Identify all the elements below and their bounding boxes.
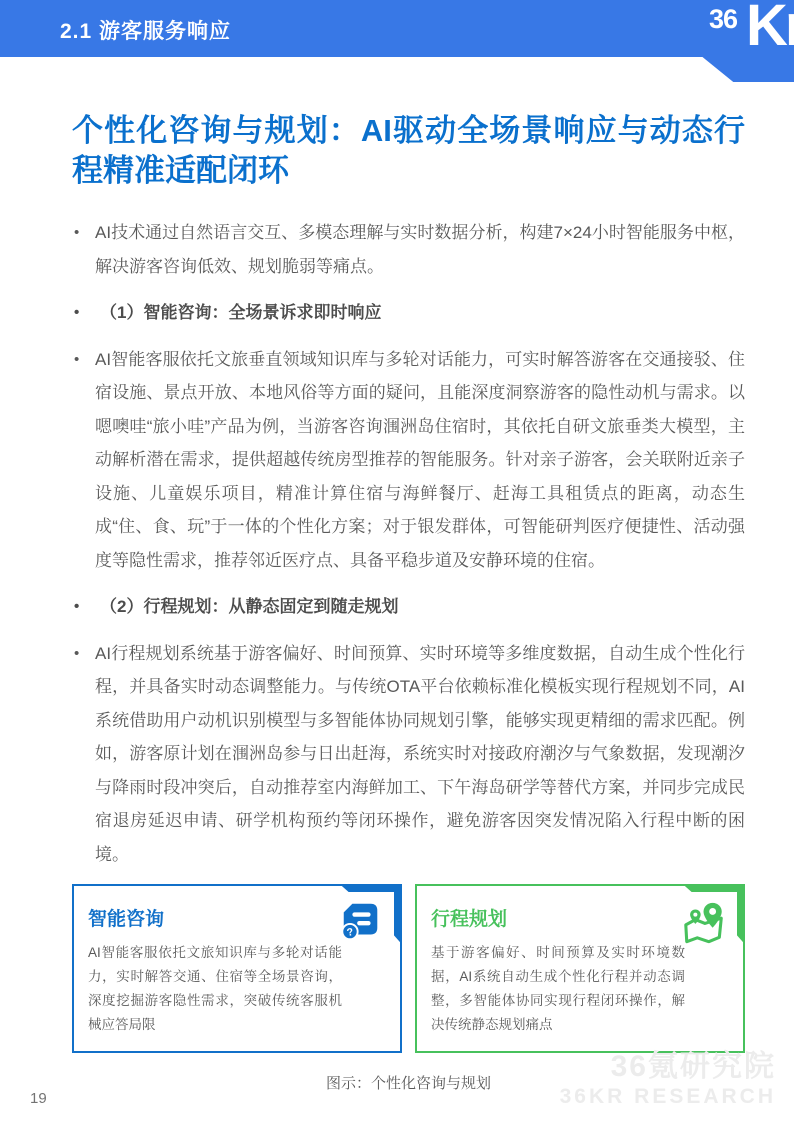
page-content: 个性化咨询与规划：AI驱动全场景响应与动态行程精准适配闭环 AI技术通过自然语言… <box>0 57 794 1093</box>
watermark: 36氪研究院 36KR RESEARCH <box>560 1050 776 1109</box>
card-corner-accent <box>683 884 745 892</box>
card-corner-accent <box>340 884 402 892</box>
watermark-cn: 36氪研究院 <box>560 1050 776 1085</box>
card-title: 行程规划 <box>431 904 721 931</box>
page-number: 19 <box>30 1090 47 1107</box>
card-title: 智能咨询 <box>88 904 378 931</box>
card-smart-consult: ? 智能咨询 AI智能客服依托文旅知识库与多轮对话能力，实时解答交通、住宿等全场… <box>72 884 402 1053</box>
card-itinerary-plan: 行程规划 基于游客偏好、时间预算及实时环境数据，AI系统自动生成个性化行程并动态… <box>415 884 745 1053</box>
summary-cards: ? 智能咨询 AI智能客服依托文旅知识库与多轮对话能力，实时解答交通、住宿等全场… <box>72 884 745 1053</box>
report-page: 2.1 游客服务响应 36 Kr 个性化咨询与规划：AI驱动全场景响应与动态行程… <box>0 0 794 1123</box>
bullet-smart-consult: AI智能客服依托文旅垂直领域知识库与多轮对话能力，可实时解答游客在交通接驳、住宿… <box>72 343 745 578</box>
bullet-subhead-2: （2）行程规划：从静态固定到随走规划 <box>72 590 745 624</box>
logo-36-text: 36 <box>709 4 737 35</box>
watermark-en: 36KR RESEARCH <box>560 1085 776 1109</box>
card-corner-accent <box>394 884 402 944</box>
section-heading: 2.1 游客服务响应 <box>60 15 231 45</box>
bullet-itinerary-planning: AI行程规划系统基于游客偏好、时间预算、实时环境等多维度数据，自动生成个性化行程… <box>72 637 745 872</box>
chat-document-question-icon: ? <box>338 899 384 945</box>
header-bar: 2.1 游客服务响应 <box>0 0 794 57</box>
map-location-pin-icon <box>681 899 727 945</box>
card-corner-accent <box>737 884 745 944</box>
bullet-intro: AI技术通过自然语言交互、多模态理解与实时数据分析，构建7×24小时智能服务中枢… <box>72 216 745 283</box>
page-title: 个性化咨询与规划：AI驱动全场景响应与动态行程精准适配闭环 <box>72 111 745 190</box>
bullet-list: AI技术通过自然语言交互、多模态理解与实时数据分析，构建7×24小时智能服务中枢… <box>72 216 745 871</box>
card-body: 基于游客偏好、时间预算及实时环境数据，AI系统自动生成个性化行程并动态调整，多智… <box>431 941 721 1037</box>
card-body: AI智能客服依托文旅知识库与多轮对话能力，实时解答交通、住宿等全场景咨询，深度挖… <box>88 941 378 1037</box>
logo-kr-text: Kr <box>746 0 794 59</box>
bullet-subhead-1: （1）智能咨询：全场景诉求即时响应 <box>72 296 745 330</box>
